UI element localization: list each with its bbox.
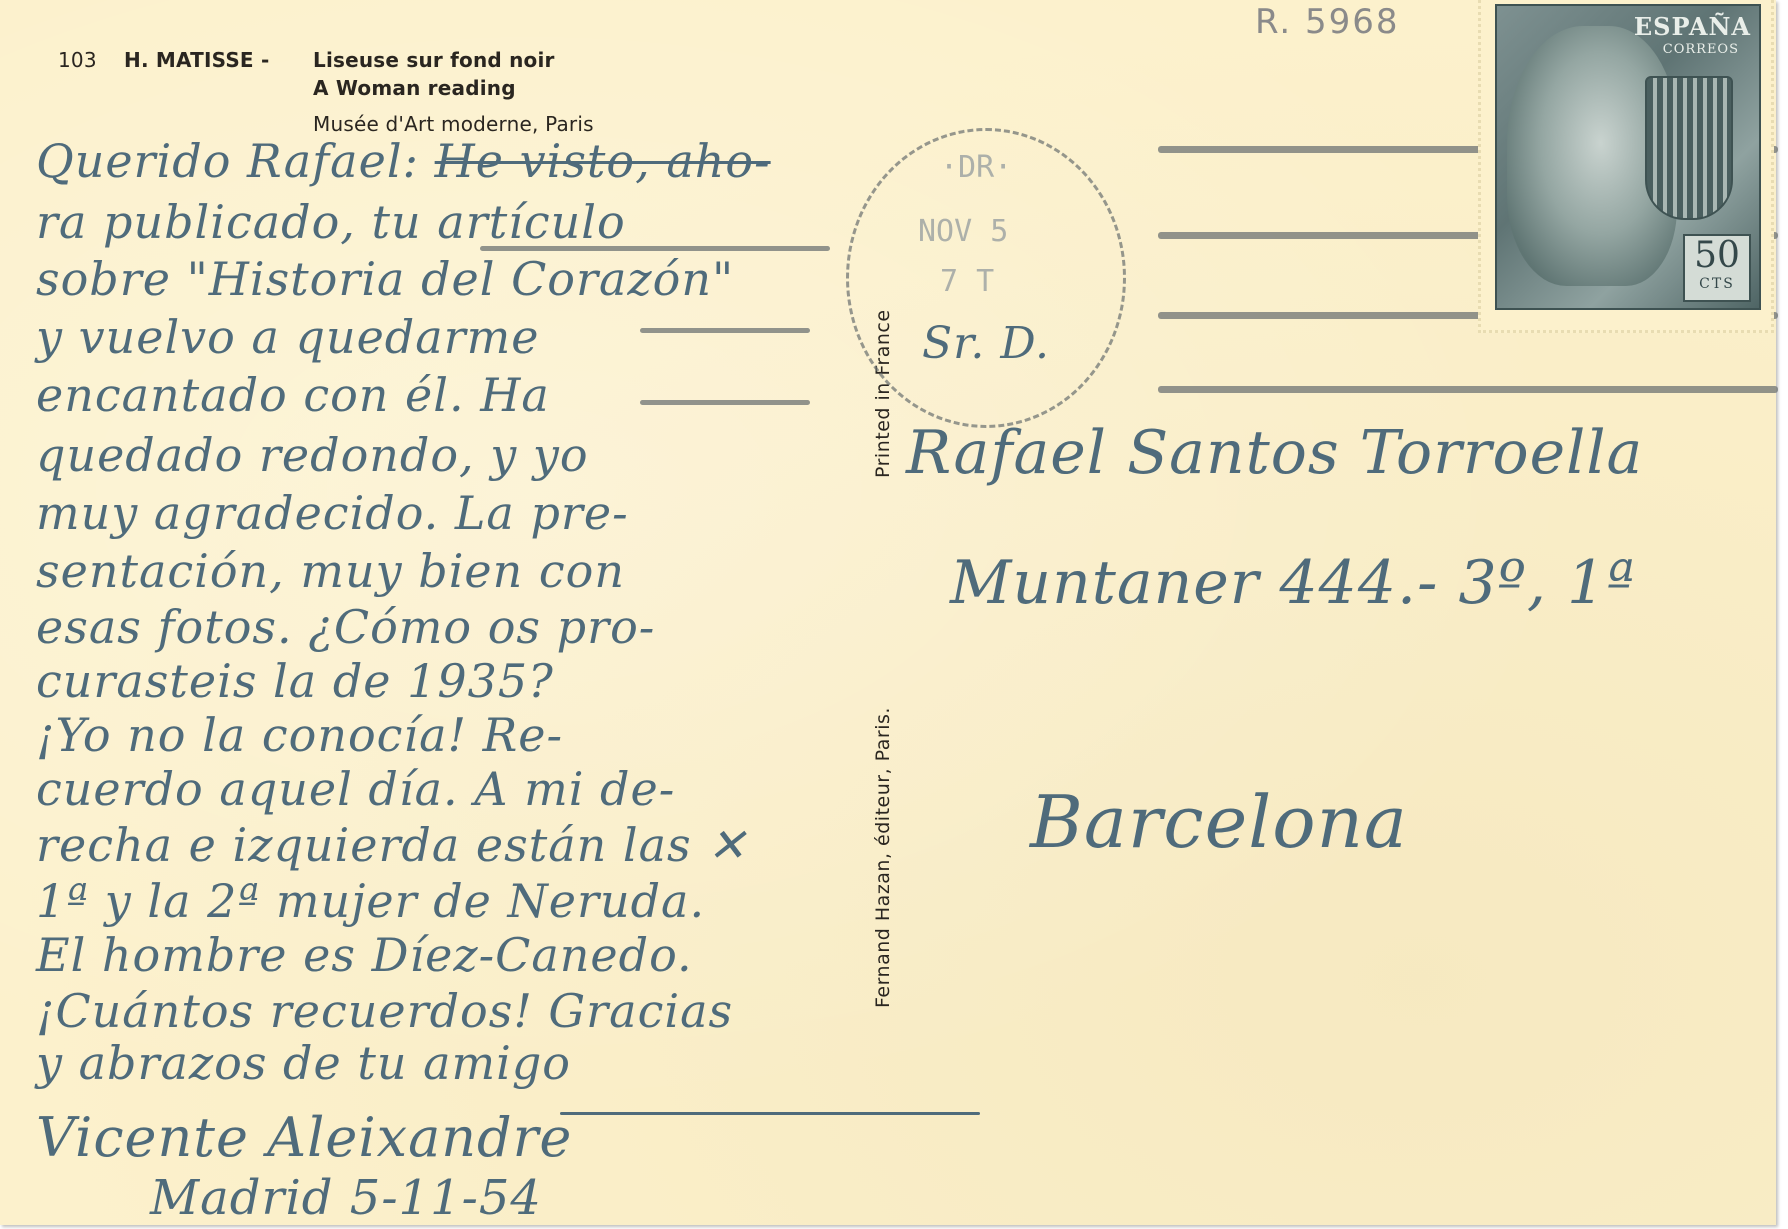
coat-of-arms-icon — [1645, 76, 1733, 220]
signature-flourish — [560, 1112, 980, 1115]
postmark-city: ·DR· — [940, 150, 1012, 185]
message-line: recha e izquierda están las ✕ — [36, 818, 747, 872]
message-line: ra publicado, tu artículo — [36, 195, 626, 249]
artist-name: H. MATISSE - — [124, 48, 269, 72]
address-honorific: Sr. D. — [922, 318, 1050, 369]
signature: Vicente Aleixandre — [36, 1106, 572, 1169]
message-line: esas fotos. ¿Cómo os pro- — [36, 600, 655, 654]
postmark-time: 7 T — [940, 264, 994, 299]
message-line: muy agradecido. La pre- — [36, 486, 629, 540]
message-line: El hombre es Díez-Canedo. — [36, 928, 693, 982]
stamp-country: ESPAÑA — [1634, 12, 1751, 41]
message-line: encantado con él. Ha — [36, 368, 550, 422]
place-date: Madrid 5-11-54 — [150, 1170, 542, 1226]
struck-text: He visto, aho- — [435, 134, 771, 188]
museum-name: Musée d'Art moderne, Paris — [313, 112, 594, 136]
address-name: Rafael Santos Torroella — [906, 418, 1643, 488]
message-line: 1ª y la 2ª mujer de Neruda. — [36, 874, 705, 928]
stamp-design: ESPAÑA CORREOS 50 CTS — [1495, 4, 1761, 310]
message-line: ¡Yo no la conocía! Re- — [36, 708, 563, 762]
catalog-number: 103 — [58, 48, 97, 72]
address-city: Barcelona — [1030, 780, 1408, 864]
cancellation-line — [640, 328, 810, 333]
message-line: quedado redondo, y yo — [36, 428, 589, 482]
address-street: Muntaner 444.- 3º, 1ª — [950, 548, 1636, 618]
stamp-unit: CTS — [1685, 276, 1749, 292]
archive-mark: R. 5968 — [1255, 2, 1400, 42]
cancellation-line — [640, 400, 810, 405]
postmark-date: NOV 5 — [918, 214, 1008, 249]
postcard-back: 103 H. MATISSE - Liseuse sur fond noir A… — [0, 0, 1776, 1225]
artwork-title-fr: Liseuse sur fond noir — [313, 48, 555, 72]
postage-stamp: ESPAÑA CORREOS 50 CTS — [1478, 0, 1774, 333]
message-line: ¡Cuántos recuerdos! Gracias — [36, 984, 733, 1038]
message-line: cuerdo aquel día. A mi de- — [36, 762, 675, 816]
stamp-value-box: 50 CTS — [1683, 234, 1751, 302]
stamp-value: 50 — [1685, 236, 1749, 276]
cancellation-line — [1158, 386, 1778, 393]
publisher-line: Fernand Hazan, éditeur, Paris. — [872, 707, 894, 1008]
message-line: sentación, muy bien con — [36, 544, 625, 598]
message-line: y vuelvo a quedarme — [36, 310, 540, 364]
artwork-title-en: A Woman reading — [313, 76, 516, 100]
message-line: y abrazos de tu amigo — [36, 1036, 571, 1090]
message-line: sobre "Historia del Corazón" — [36, 252, 734, 306]
message-line: Querido Rafael: He visto, aho- — [36, 134, 771, 188]
stamp-service: CORREOS — [1663, 42, 1739, 57]
message-line: curasteis la de 1935? — [36, 654, 554, 708]
